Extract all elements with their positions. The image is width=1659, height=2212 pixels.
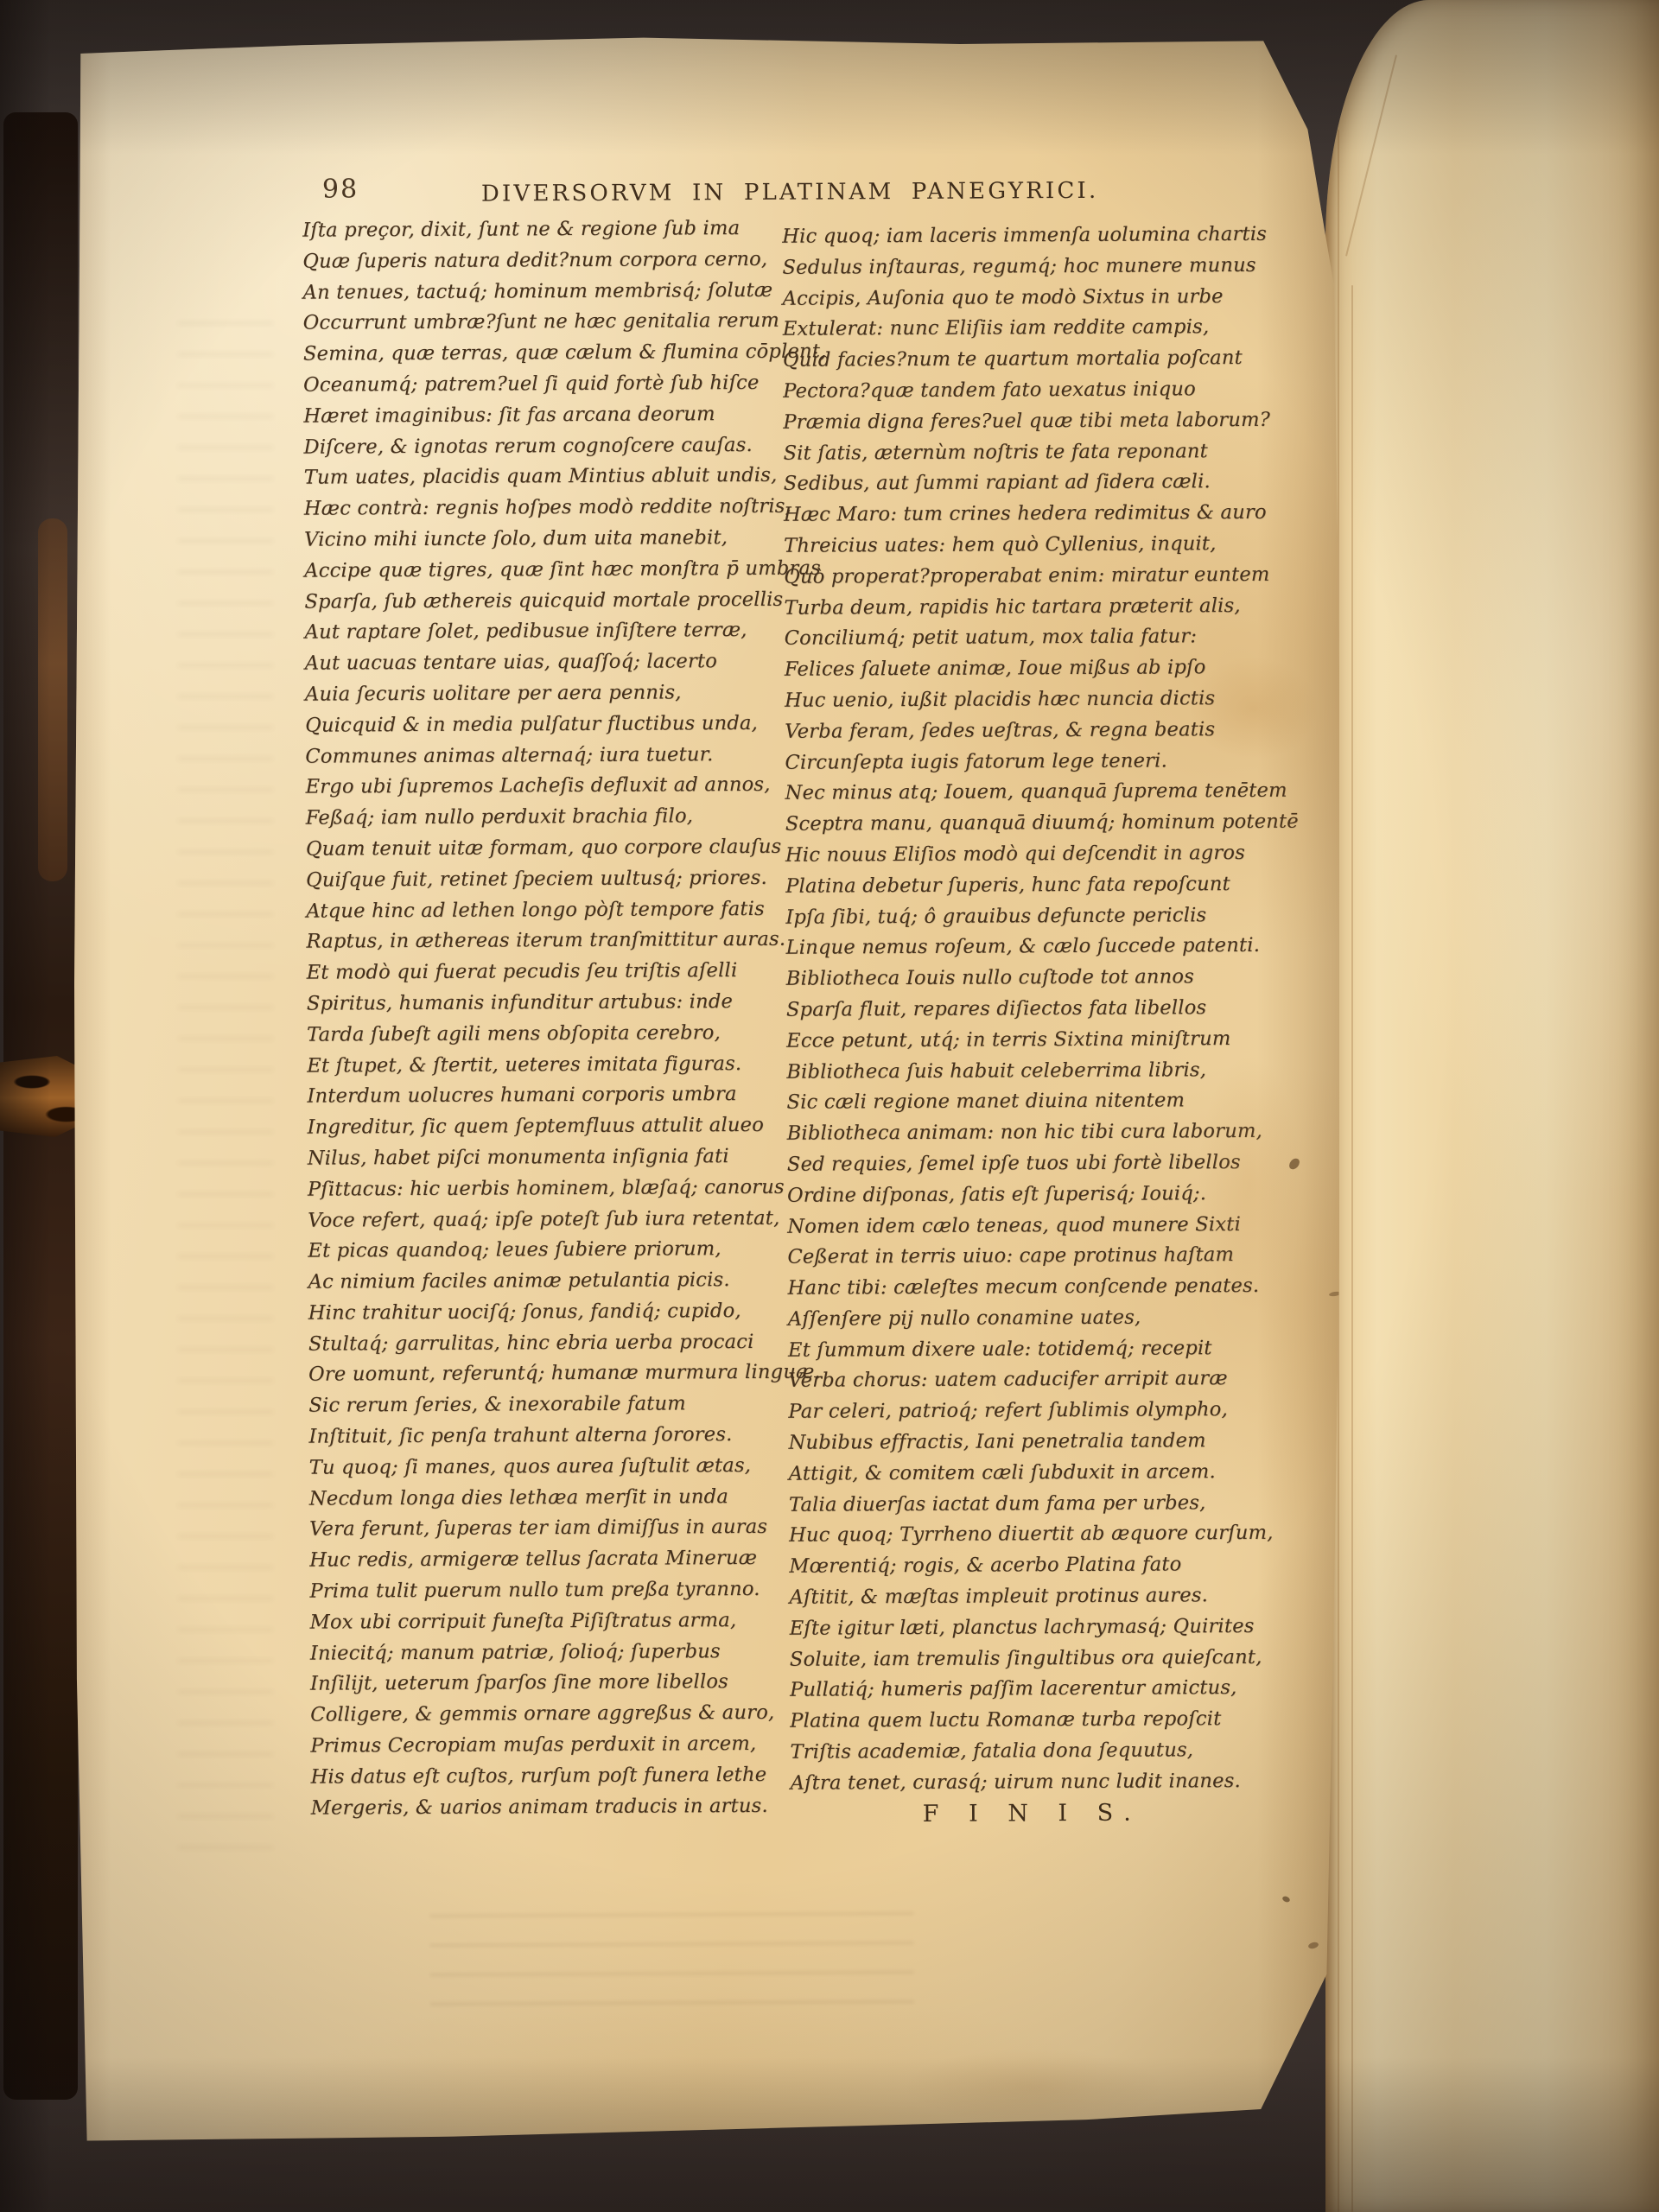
verse-line: Diſcere, & ignotas rerum cognoſcere cauſ… [303, 429, 827, 463]
verse-line: Et modò qui fuerat pecudis ſeu triſtis a… [307, 956, 830, 989]
verse-line: Atque hinc ad lethen longo pòſt tempore … [306, 893, 829, 927]
verse-line: Sedibus, aut ſummi rapiant ad ſidera cæl… [784, 467, 1297, 500]
verse-line: Hæc contrà: regnis hoſpes modò reddite n… [304, 492, 828, 525]
page-edge-line [1351, 285, 1353, 2212]
verse-line: Aſſenſere pij nullo conamine uates, [788, 1302, 1301, 1336]
verse-line: Aſtitit, & mæſtas impleuit protinus aure… [789, 1580, 1302, 1614]
verse-line: Felices ſaluete animæ, Ioue mißus ab ipſ… [785, 652, 1298, 686]
verse-line: Bibliotheca animam: non hic tibi cura la… [787, 1116, 1300, 1150]
verse-line: Iſta preçor, dixit, ſunt ne & regione ſu… [302, 213, 826, 247]
verse-line: Ore uomunt, referuntq́; humanæ murmura l… [308, 1357, 832, 1391]
verse-line: Interdum uolucres humani corporis umbra [307, 1079, 830, 1113]
verse-line: Hanc tibi: cæleſtes mecum conſcende pena… [788, 1271, 1301, 1305]
verse-line: Extulerat: nunc Eliſiis iam reddite camp… [783, 312, 1296, 346]
verse-line: Platina debetur ſuperis, hunc fata repoſ… [785, 868, 1299, 902]
verse-line: Nomen idem cælo teneas, quod munere Sixt… [787, 1209, 1300, 1243]
verse-line: Hic nouus Eliſios modò qui deſcendit in … [785, 838, 1299, 872]
verse-line: Quæ ſuperis natura dedit?num corpora cer… [302, 244, 826, 277]
verse-line: Sic rerum ſeries, & inexorabile fatum [308, 1389, 832, 1422]
verse-line: Aut raptare ſolet, pedibusue inſiſtere t… [305, 615, 829, 649]
verse-line: Eſte igitur læti, planctus lachrymasq́; … [790, 1611, 1303, 1645]
verse-line: Nubibus effractis, Iani penetralia tande… [788, 1426, 1301, 1459]
verse-line: Sparſa fluit, repares diſiectos fata lib… [786, 993, 1300, 1027]
verse-line: Quiſque fuit, retinet ſpeciem uultusq́; … [306, 862, 829, 896]
verse-line: Attigit, & comitem cæli ſubduxit in arce… [789, 1457, 1302, 1491]
page-number: 98 [322, 174, 359, 204]
verse-line: Sit ſatis, æternùm noſtris te fata repon… [783, 435, 1296, 469]
verse-line: Inſtituit, ſic penſa trahunt alterna ſor… [308, 1420, 832, 1453]
ink-speck [1307, 1942, 1319, 1950]
verse-line: Pullatiq́; humeris paſſim lacerentur ami… [790, 1673, 1303, 1707]
verse-line: Accipe quæ tigres, quæ ſint hæc monſtra … [304, 553, 828, 587]
verse-line: Quid facies?num te quartum mortalia poſc… [783, 343, 1296, 377]
verse-line: Ingreditur, ſic quem ſeptemfluus attulit… [308, 1110, 831, 1144]
verse-line: Circunſepta iugis fatorum lege teneri. [785, 745, 1298, 779]
verse-line: Auia ſecuris uolitare per aera pennis, [305, 677, 829, 710]
verse-line: Hæc Maro: tum crines hedera redimitus & … [784, 498, 1297, 531]
verse-line: Threicius uates: hem quò Cyllenius, inqu… [784, 529, 1297, 563]
verse-line: Spiritus, humanis infunditur artubus: in… [307, 986, 830, 1020]
verse-line: Vicino mihi iuncte ſolo, dum uita manebi… [304, 522, 828, 556]
verse-line: Aſtra tenet, curasq́; uirum nunc ludit i… [791, 1765, 1304, 1799]
verse-line: Talia diuerſas iactat dum fama per urbes… [789, 1487, 1302, 1521]
verse-line: Sparſa, ſub æthereis quicquid mortale pr… [304, 584, 828, 618]
verse-line: Semina, quæ terras, quæ cælum & flumina … [303, 337, 827, 371]
verse-line: Verba feram, ſedes ueſtras, & regna beat… [785, 714, 1298, 747]
verse-line: Quò properat?properabat enim: miratur eu… [784, 559, 1297, 593]
verse-line: Tu quoq; ſi manes, quos aurea ſuſtulit æ… [309, 1450, 833, 1484]
verse-line: Hæret imaginibus: ſit fas arcana deorum [303, 398, 827, 432]
running-title: DIVERSORVM IN PLATINAM PANEGYRICI. [481, 178, 1099, 207]
verse-line: Platina quem luctu Romanæ turba repoſcit [790, 1704, 1303, 1738]
verse-line: Sed requies, ſemel ipſe tuos ubi fortè l… [787, 1147, 1300, 1181]
verse-line: Præmia digna feres?uel quæ tibi meta lab… [783, 404, 1296, 438]
verse-line: Quicquid & in media pulſatur fluctibus u… [305, 708, 829, 741]
verse-line: Sedulus inſtauras, regumq́; hoc munere m… [782, 250, 1295, 283]
verse-line: Prima tulit puerum nullo tum preßa tyran… [309, 1574, 833, 1608]
verse-line: Et ſtupet, & ſtertit, ueteres imitata fi… [307, 1048, 830, 1082]
verse-line: Et ſummum dixere uale: totidemq́; recepi… [788, 1332, 1301, 1366]
verse-line: Nilus, habet piſci monumenta inſignia fa… [308, 1141, 831, 1174]
verse-line: Ergo ubi ſupremos Lacheſis defluxit ad a… [305, 770, 829, 804]
finis-label: F I N I S. [791, 1799, 1274, 1828]
verse-line: Pſittacus: hic uerbis hominem, blæſaq́; … [308, 1172, 831, 1205]
verse-column-left: Iſta preçor, dixit, ſunt ne & regione ſu… [302, 213, 834, 1825]
verse-line: Primus Cecropiam muſas perduxit in arcem… [310, 1729, 834, 1763]
verse-line: Linque nemus roſeum, & cælo ſuccede pate… [785, 931, 1299, 964]
verse-line: Mœrentiq́; rogis, & acerbo Platina fato [789, 1549, 1302, 1583]
verse-line: Communes animas alternaq́; iura tuetur. [305, 739, 829, 772]
verse-line: Voce refert, quaq́; ipſe poteſt ſub iura… [308, 1203, 831, 1236]
verse-line: Vera ferunt, ſuperas ter iam dimiſſus in… [309, 1512, 833, 1546]
ink-speck [1281, 1895, 1291, 1903]
verse-line: Ipſa ſibi, tuq́; ô grauibus defuncte per… [785, 899, 1299, 933]
verse-line: Nec minus atq; Iouem, quanquā ſuprema te… [785, 776, 1299, 810]
verse-line: Bibliotheca ſuis habuit celeberrima libr… [786, 1054, 1300, 1088]
verse-line: Par celeri, patrioq́; refert ſublimis ol… [788, 1395, 1301, 1428]
verse-line: Tarda ſubeſt agili mens obſopita cerebro… [307, 1017, 830, 1051]
verse-line: Huc quoq; Tyrrheno diuertit ab æquore cu… [789, 1518, 1302, 1552]
verse-line: Ordine diſponas, ſatis eſt ſuperisq́; Io… [787, 1178, 1300, 1211]
verse-line: Verba chorus: uatem caducifer arripit au… [788, 1363, 1301, 1397]
verse-line: Ceßerat in terris uiuo: cape protinus ha… [787, 1240, 1300, 1274]
ink-speck [1287, 1156, 1302, 1171]
verse-line: Feßaq́; iam nullo perduxit brachia filo, [306, 801, 829, 835]
verse-line: Ecce petunt, utq́; in terris Sixtina min… [786, 1023, 1300, 1057]
verse-line: Colligere, & gemmis ornare aggreßus & au… [310, 1698, 834, 1732]
verse-line: Sic cæli regione manet diuina nitentem [786, 1085, 1300, 1119]
verse-line: An tenues, tactuq́; hominum membrisq́; ſ… [302, 275, 826, 308]
verse-line: Ac nimium faciles animæ petulantia picis… [308, 1265, 831, 1299]
verse-line: Pectora?quæ tandem fato uexatus iniquo [783, 374, 1296, 408]
page-edge-line [1345, 54, 1397, 256]
verse-line: Iniecitq́; manum patriæ, ſolioq́; ſuperb… [310, 1636, 834, 1669]
verse-line: Quam tenuit uitæ formam, quo corpore cla… [306, 831, 829, 865]
verse-line: Turba deum, rapidis hic tartara præterit… [784, 590, 1297, 624]
binding-leather-patch [38, 518, 67, 881]
verse-line: Huc uenio, iußit placidis hæc nuncia dic… [785, 683, 1298, 717]
verse-line: Hinc trahitur uociſq́; ſonus, fandiq́; c… [308, 1295, 832, 1329]
book-page: 98 DIVERSORVM IN PLATINAM PANEGYRICI. Iſ… [74, 35, 1339, 2143]
verse-line: Conciliumq́; petit uatum, mox talia fatu… [785, 621, 1298, 655]
verse-line: Huc redis, armigeræ tellus ſacrata Miner… [309, 1543, 833, 1577]
verse-line: Inſilijt, ueterum ſparſos ſine more libe… [310, 1667, 834, 1700]
verse-line: Et picas quandoq; leues ſubiere priorum, [308, 1234, 831, 1268]
verse-line: His datus eſt cuſtos, rurſum poſt funera… [310, 1759, 834, 1793]
verse-line: Mergeris, & uarios animam traducis in ar… [311, 1790, 835, 1824]
verse-line: Bibliotheca Iouis nullo cuſtode tot anno… [786, 962, 1300, 995]
photo-scene: 98 DIVERSORVM IN PLATINAM PANEGYRICI. Iſ… [0, 0, 1659, 2212]
show-through-text [429, 1891, 914, 2005]
page-content: 98 DIVERSORVM IN PLATINAM PANEGYRICI. Iſ… [74, 30, 1351, 2145]
verse-line: Aut uacuas tentare uias, quaſſoq́; lacer… [305, 646, 829, 680]
verse-line: Triſtis academiæ, fatalia dona ſequutus, [790, 1735, 1303, 1769]
verse-line: Soluite, iam tremulis ſingultibus ora qu… [790, 1642, 1303, 1675]
verse-line: Occurrunt umbræ?ſunt ne hæc genitalia re… [303, 306, 827, 340]
verse-line: Raptus, in æthereas iterum tranſmittitur… [306, 925, 829, 958]
next-page-stack [1325, 0, 1659, 2212]
verse-line: Stultaq́; garrulitas, hinc ebria uerba p… [308, 1326, 832, 1360]
verse-line: Sceptra manu, quanquā diuumq́; hominum p… [785, 807, 1299, 841]
verse-column-right: Hic quoq; iam laceris immenſa uolumina c… [782, 219, 1304, 1800]
verse-line: Necdum longa dies lethæa merſit in unda [309, 1481, 833, 1515]
verse-line: Oceanumq́; patrem?uel ſi quid fortè ſub … [303, 367, 827, 401]
verse-line: Mox ubi corripuit funeſta Piſiſtratus ar… [310, 1605, 834, 1638]
verse-line: Accipis, Auſonia quo te modò Sixtus in u… [783, 281, 1296, 315]
verse-line: Tum uates, placidis quam Mintius abluit … [304, 461, 828, 494]
verse-line: Hic quoq; iam laceris immenſa uolumina c… [782, 219, 1295, 253]
